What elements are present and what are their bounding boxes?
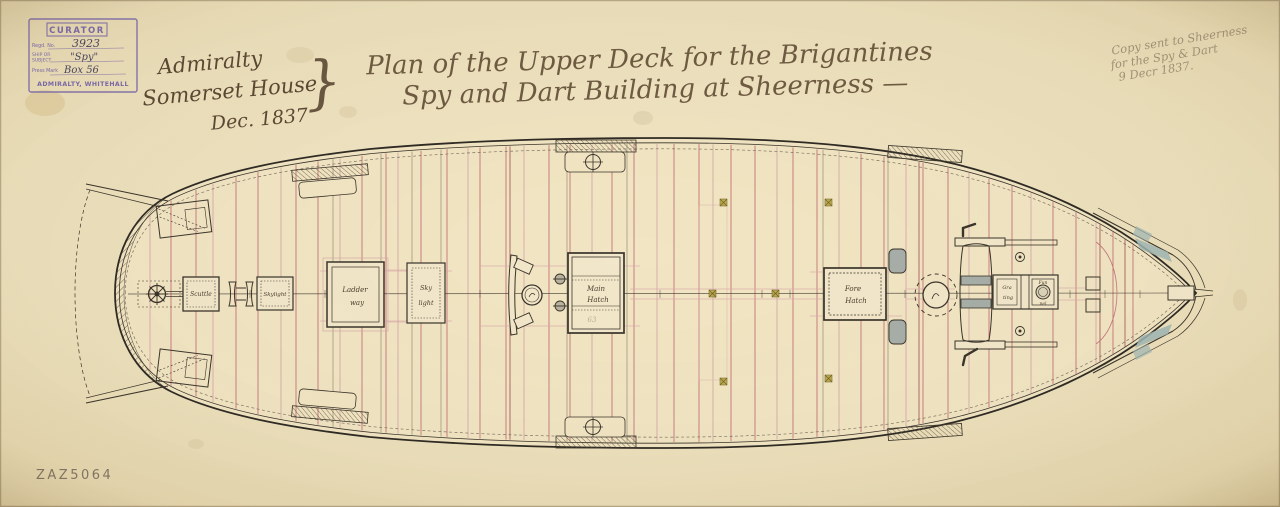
scanned-ship-plan: Scuttle Skylight Ladder way Sky ligh xyxy=(0,0,1280,507)
scan-vignette xyxy=(0,0,1280,507)
plan-canvas: Scuttle Skylight Ladder way Sky ligh xyxy=(0,0,1280,507)
